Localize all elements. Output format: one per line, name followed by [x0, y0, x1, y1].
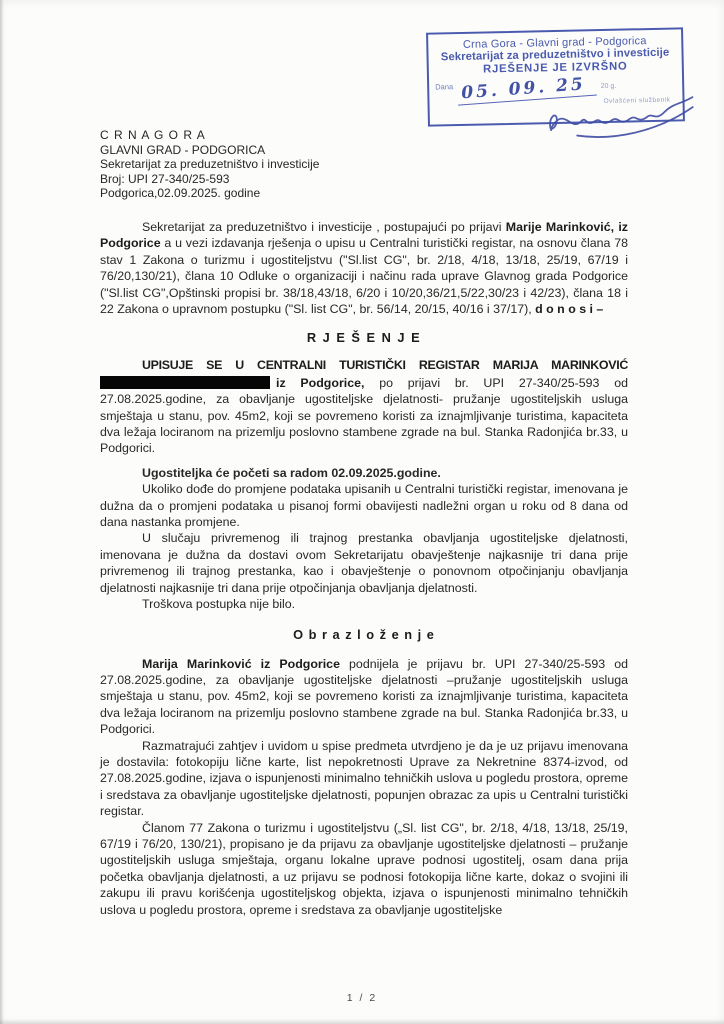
resolution-paragraph-2: Ukoliko dođe do promjene podataka upisan…	[100, 481, 628, 530]
donosi-bold: d o n o s i –	[535, 302, 603, 316]
document-body: C R N A G O R A GLAVNI GRAD - PODGORICA …	[100, 0, 628, 918]
costs-line: Troškova postupka nije bilo.	[100, 596, 628, 612]
registry-entry-bold: UPISUJE SE U CENTRALNI TURISTIČKI REGIST…	[142, 358, 628, 372]
redaction-bar	[100, 376, 270, 389]
letterhead-case-number: Broj: UPI 27-340/25-593	[100, 172, 628, 187]
rationale-title: O b r a z l o ž e n j e	[100, 627, 628, 642]
rationale-paragraph-1: Marija Marinković iz Podgorice podnijela…	[100, 656, 628, 738]
scan-artifact-left-edge	[0, 0, 4, 1024]
letterhead-country: C R N A G O R A	[100, 128, 628, 143]
resolution-paragraph-1: UPISUJE SE U CENTRALNI TURISTIČKI REGIST…	[100, 357, 628, 456]
page-number: 1 / 2	[0, 992, 724, 1004]
letterhead-city: GLAVNI GRAD - PODGORICA	[100, 143, 628, 158]
resolution-title: R J E Š E N J E	[100, 330, 628, 345]
scanned-document-page: Crna Gora - Glavni grad - Podgorica Sekr…	[0, 0, 724, 1024]
scan-artifact-bottom-edge	[0, 1019, 724, 1024]
letterhead-department: Sekretarijat za preduzetništvo i investi…	[100, 157, 628, 172]
from-city-bold: iz Podgorice,	[276, 376, 364, 390]
resolution-paragraph-3: U slučaju privremenog ili trajnog presta…	[100, 530, 628, 596]
applicant-name-bold-2: Marija Marinković iz Podgorice	[142, 657, 340, 671]
intro-paragraph: Sekretarijat za preduzetništvo i investi…	[100, 219, 628, 317]
rationale-paragraph-3: Članom 77 Zakona o turizmu i ugostiteljs…	[100, 820, 628, 918]
intro-text-1: Sekretarijat za preduzetništvo i investi…	[142, 220, 506, 234]
start-date-line: Ugostiteljka će početi sa radom 02.09.20…	[100, 465, 628, 481]
rationale-paragraph-2: Razmatrajući zahtjev i uvidom u spise pr…	[100, 738, 628, 820]
letterhead-place-date: Podgorica,02.09.2025. godine	[100, 186, 628, 201]
